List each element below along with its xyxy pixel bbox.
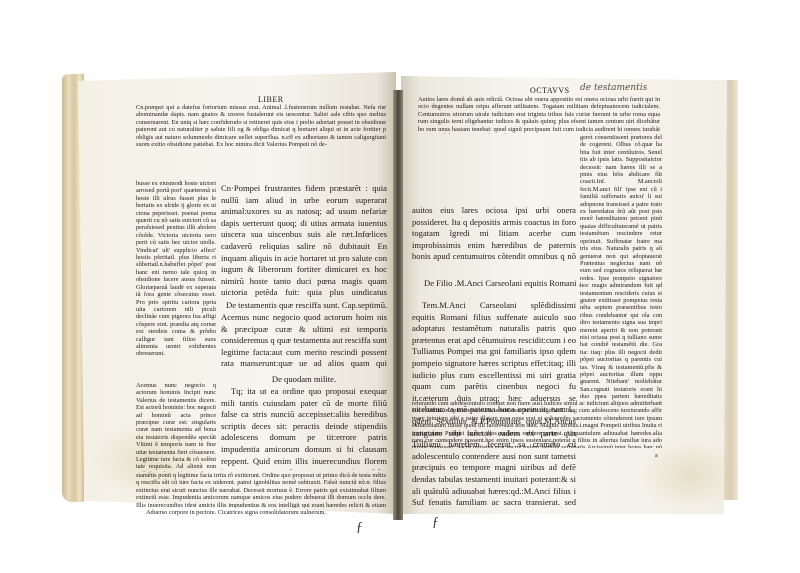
commentary-top-right: Auitos lares domũ ab auis relictã. Ocios… <box>418 96 660 134</box>
commentary-bottom-left: stamẽtis ponit q legitime facta irrita r… <box>136 472 386 508</box>
commentary-top-left: Cn.pompei qui a datefus fortorium missus… <box>136 104 386 179</box>
commentary-bottom-right: reiurando cum adolescentulo contuet non … <box>412 400 662 448</box>
ink-mark-left: ƒ <box>356 520 363 536</box>
commentary-side-left: busse ex eiusmodi hoste uictori arrosed … <box>136 180 216 380</box>
commentary-last-left: Aduerso corpore in pectore. Cicatrices s… <box>146 509 386 517</box>
ink-mark-right: ƒ <box>432 515 439 531</box>
running-head-left: LIBER <box>258 95 284 104</box>
section-heading: De quodam milite. <box>221 374 387 386</box>
main-text-right: auitos eius lares ociosa ipsi urbi onera… <box>412 205 576 265</box>
handwritten-annotation: de testamentis <box>580 83 647 93</box>
running-head-right: OCTAVVS <box>530 86 570 95</box>
commentary-side-right: geret consentissent prætores del de coge… <box>580 134 662 402</box>
chapter-text: Acemus nunc negocio quod actorum hoim ni… <box>221 312 387 372</box>
water-stain <box>640 440 740 510</box>
book-gutter <box>393 90 403 520</box>
chapter-heading: De testamentis quæ resciffa sunt. Cap.se… <box>226 300 388 312</box>
section-text: Tq; ita ut ea ordine quo proposui exequa… <box>221 386 387 470</box>
signature-mark: a <box>655 453 658 459</box>
commentary-mid-left: Acemus nunc negocio q actorum hominis In… <box>136 382 216 472</box>
heading-filio-anci: De Filio .M.Anci Carseolani equitis Roma… <box>424 278 584 290</box>
open-book-photo: LIBER Cn.pompei qui a datefus fortorium … <box>0 0 800 573</box>
main-text-left: Cn·Pompei frustrantes fidem præstarẽt : … <box>221 183 387 300</box>
